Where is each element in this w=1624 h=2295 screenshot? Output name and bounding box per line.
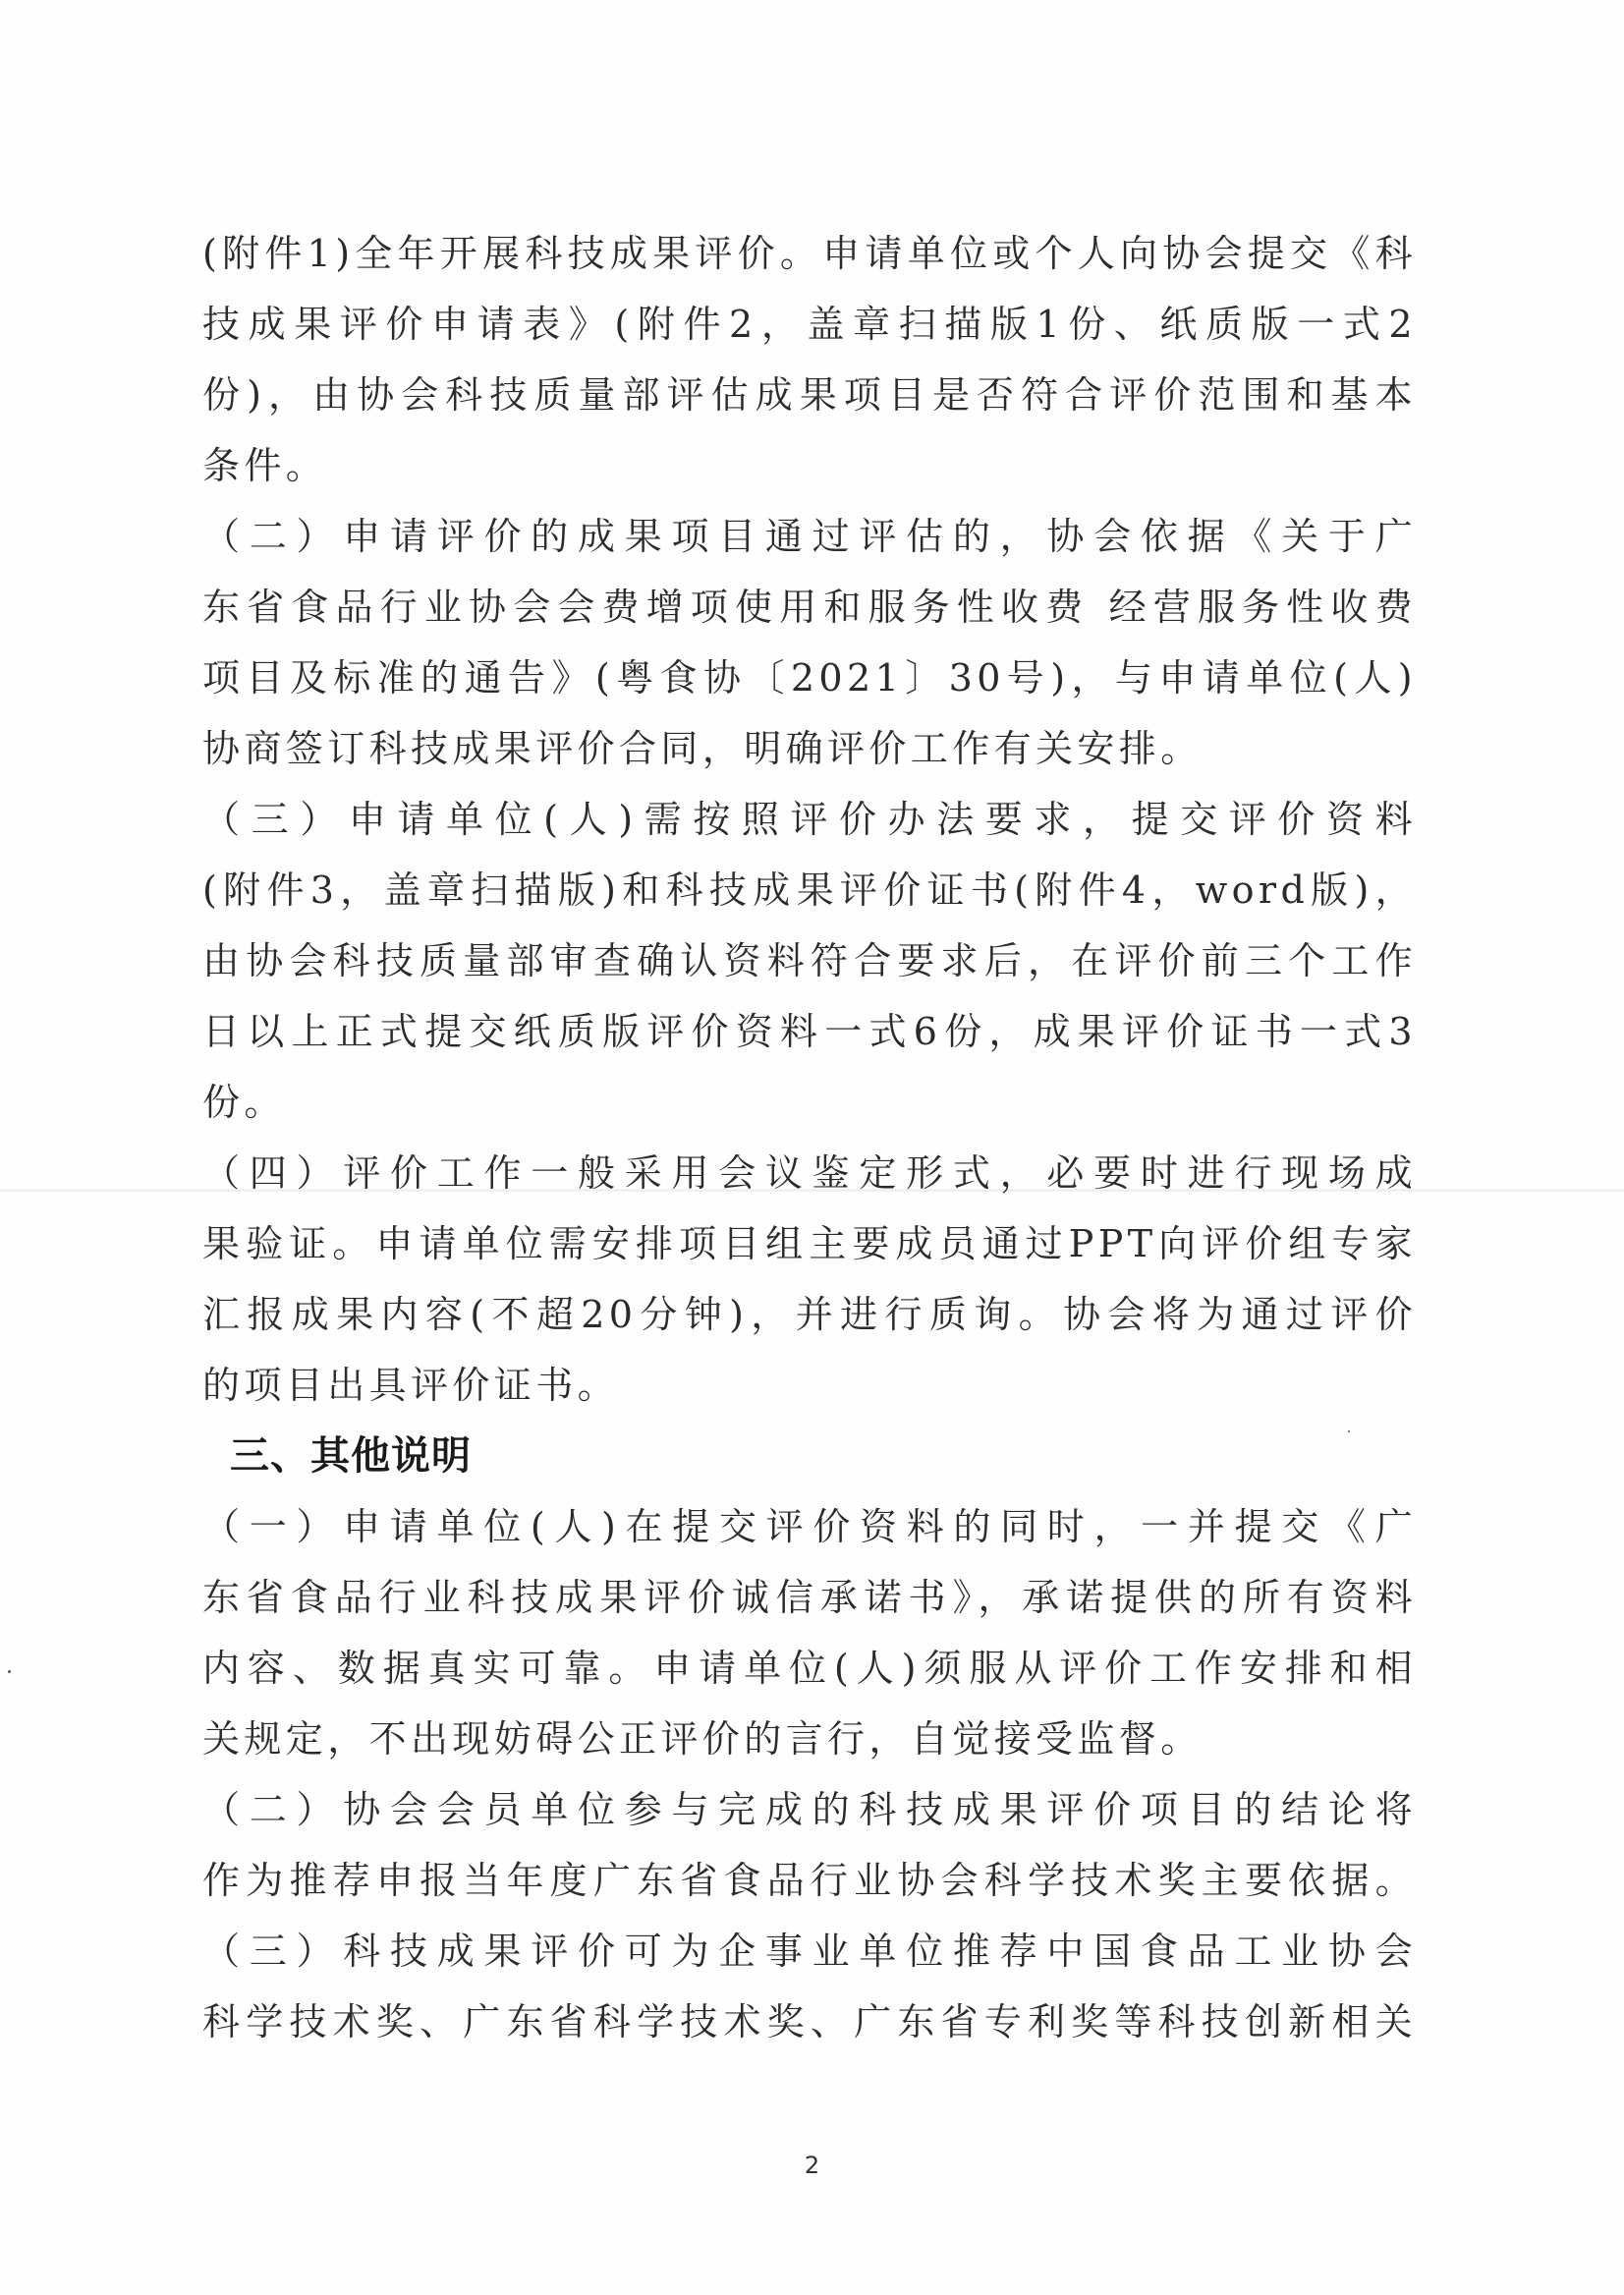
text-line: 内容、数据真实可靠。申请单位(人)须服从评价工作安排和相 xyxy=(202,1633,1417,1704)
text-line: 份)，由协会科技质量部评估成果项目是否符合评价范围和基本 xyxy=(202,360,1417,430)
paragraph-2: （二）申请评价的成果项目通过评估的，协会依据《关于广 东省食品行业协会会费增项使… xyxy=(202,501,1417,784)
text-line: (附件3，盖章扫描版)和科技成果评价证书(附件4，word版)， xyxy=(202,855,1417,925)
text-line: 果验证。申请单位需安排项目组主要成员通过PPT向评价组专家 xyxy=(202,1208,1417,1279)
text-line: （三）科技成果评价可为企事业单位推荐中国食品工业协会 xyxy=(202,1916,1417,1987)
document-body: (附件1)全年开展科技成果评价。申请单位或个人向协会提交《科 技成果评价申请表》… xyxy=(202,218,1417,2057)
text-line: 项目及标准的通告》(粤食协〔2021〕30号)，与申请单位(人) xyxy=(202,643,1417,713)
paragraph-4: （四）评价工作一般采用会议鉴定形式，必要时进行现场成 果验证。申请单位需安排项目… xyxy=(202,1138,1417,1421)
section-heading: 三、其他说明 xyxy=(202,1421,1417,1491)
text-line: 作为推荐申报当年度广东省食品行业协会科学技术奖主要依据。 xyxy=(202,1845,1417,1916)
text-line: 份。 xyxy=(202,1067,1417,1138)
text-line: 条件。 xyxy=(202,430,1417,501)
text-line: 由协会科技质量部审查确认资料符合要求后，在评价前三个工作 xyxy=(202,925,1417,996)
text-line: 东省食品行业科技成果评价诚信承诺书》，承诺提供的所有资料 xyxy=(202,1562,1417,1633)
paragraph-continued: (附件1)全年开展科技成果评价。申请单位或个人向协会提交《科 技成果评价申请表》… xyxy=(202,218,1417,501)
text-line: (附件1)全年开展科技成果评价。申请单位或个人向协会提交《科 xyxy=(202,218,1417,289)
text-line: 技成果评价申请表》(附件2，盖章扫描版1份、纸质版一式2 xyxy=(202,289,1417,360)
text-line: （一）申请单位(人)在提交评价资料的同时，一并提交《广 xyxy=(202,1491,1417,1562)
text-line: 日以上正式提交纸质版评价资料一式6份，成果评价证书一式3 xyxy=(202,996,1417,1067)
text-line: 关规定，不出现妨碍公正评价的言行，自觉接受监督。 xyxy=(202,1704,1417,1774)
scan-speck xyxy=(8,1670,11,1673)
section-paragraph-3: （三）科技成果评价可为企事业单位推荐中国食品工业协会 科学技术奖、广东省科学技术… xyxy=(202,1916,1417,2057)
text-line: （三）申请单位(人)需按照评价办法要求，提交评价资料 xyxy=(202,784,1417,855)
text-line: （二）协会会员单位参与完成的科技成果评价项目的结论将 xyxy=(202,1774,1417,1845)
text-line: 科学技术奖、广东省科学技术奖、广东省专利奖等科技创新相关 xyxy=(202,1987,1417,2057)
text-line: 协商签订科技成果评价合同，明确评价工作有关安排。 xyxy=(202,713,1417,784)
section-paragraph-1: （一）申请单位(人)在提交评价资料的同时，一并提交《广 东省食品行业科技成果评价… xyxy=(202,1491,1417,1774)
page-number: 2 xyxy=(0,2152,1624,2179)
paragraph-3: （三）申请单位(人)需按照评价办法要求，提交评价资料 (附件3，盖章扫描版)和科… xyxy=(202,784,1417,1138)
section-paragraph-2: （二）协会会员单位参与完成的科技成果评价项目的结论将 作为推荐申报当年度广东省食… xyxy=(202,1774,1417,1916)
document-page: (附件1)全年开展科技成果评价。申请单位或个人向协会提交《科 技成果评价申请表》… xyxy=(0,0,1624,2295)
text-line: （二）申请评价的成果项目通过评估的，协会依据《关于广 xyxy=(202,501,1417,572)
text-line: 的项目出具评价证书。 xyxy=(202,1350,1417,1421)
text-line: 东省食品行业协会会费增项使用和服务性收费 经营服务性收费 xyxy=(202,572,1417,643)
text-line: 汇报成果内容(不超20分钟)，并进行质询。协会将为通过评价 xyxy=(202,1279,1417,1350)
text-line: （四）评价工作一般采用会议鉴定形式，必要时进行现场成 xyxy=(202,1138,1417,1208)
